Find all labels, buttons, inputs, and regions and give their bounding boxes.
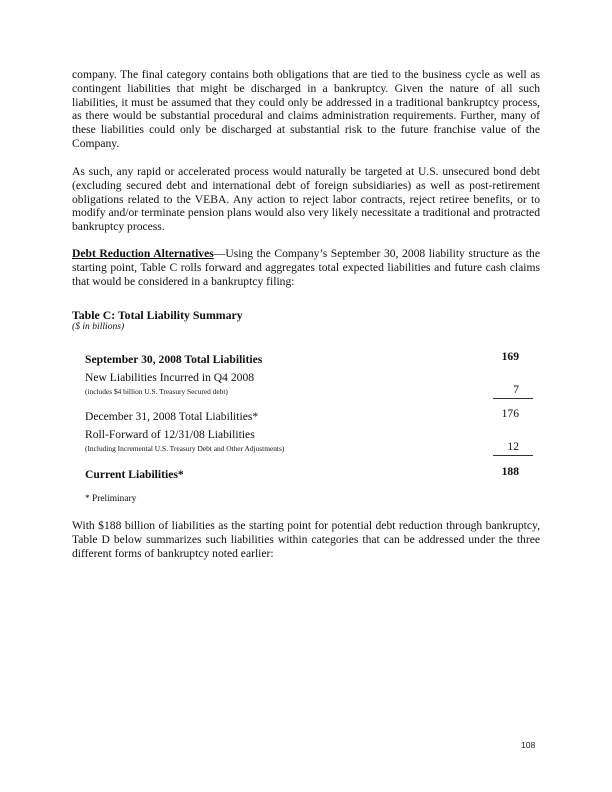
row-label: New Liabilities Incurred in Q4 2008 [85,371,254,384]
subtotal-rule [493,398,533,399]
section-lead-heading: Debt Reduction Alternatives [72,247,214,260]
paragraph-accelerated-process: As such, any rapid or accelerated proces… [72,165,540,234]
table-row: September 30, 2008 Total Liabilities 169 [85,350,533,368]
table-row: New Liabilities Incurred in Q4 2008 (inc… [85,368,533,396]
paragraph-table-d-intro: With $188 billion of liabilities as the … [72,519,540,560]
paragraph-business-cycle: company. The final category contains bot… [72,68,540,151]
row-value: 12 [507,440,519,453]
table-row: December 31, 2008 Total Liabilities* 176 [85,407,533,425]
table-row: Current Liabilities* 188 [85,465,533,483]
page-number: 108 [521,740,535,750]
table-units: ($ in billions) [72,321,124,332]
table-row: Roll-Forward of 12/31/08 Liabilities (In… [85,425,533,453]
row-value: 7 [513,383,519,396]
subtotal-rule [493,455,533,456]
row-label: Roll-Forward of 12/31/08 Liabilities [85,428,255,441]
table-footnote: * Preliminary [85,494,136,504]
row-value: 188 [502,465,519,478]
row-label: December 31, 2008 Total Liabilities* [85,410,258,423]
row-label: Current Liabilities* [85,468,184,481]
row-value: 176 [502,407,519,420]
paragraph-debt-reduction: Debt Reduction Alternatives—Using the Co… [72,247,540,288]
row-note: (Including Incremental U.S. Treasury Deb… [85,444,533,453]
row-value: 169 [502,350,519,363]
row-note: (includes $4 billion U.S. Treasury Secur… [85,387,533,396]
row-label: September 30, 2008 Total Liabilities [85,353,262,366]
